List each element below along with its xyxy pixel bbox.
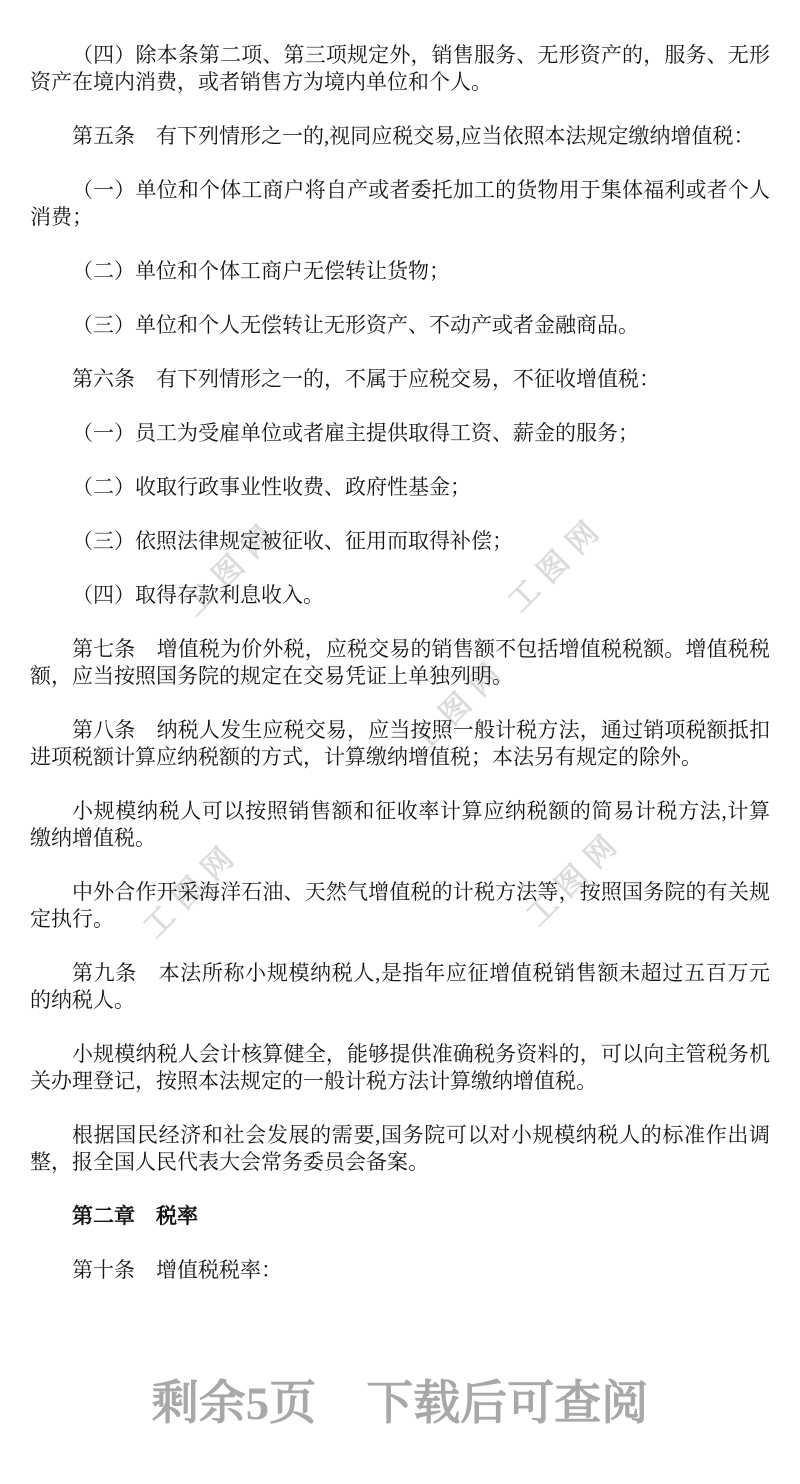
paragraph: 第七条 增值税为价外税，应税交易的销售额不包括增值税税额。增值税税额，应当按照国… [30, 636, 770, 690]
paragraph: 第九条 本法所称小规模纳税人,是指年应征增值税销售额未超过五百万元的纳税人。 [30, 960, 770, 1014]
paragraph: 根据国民经济和社会发展的需要,国务院可以对小规模纳税人的标准作出调整，报全国人民… [30, 1122, 770, 1176]
paragraph: （一）单位和个体工商户将自产或者委托加工的货物用于集体福利或者个人消费； [30, 177, 770, 231]
document-page: { "document": { "paragraphs": [ { "text"… [0, 0, 800, 1484]
document-body: （四）除本条第二项、第三项规定外，销售服务、无形资产的，服务、无形资产在境内消费… [0, 0, 800, 1284]
paragraph: （三）依照法律规定被征收、征用而取得补偿； [30, 528, 770, 555]
paragraph: （二）单位和个体工商户无偿转让货物； [30, 258, 770, 285]
paragraph: 小规模纳税人会计核算健全，能够提供准确税务资料的，可以向主管税务机关办理登记，按… [30, 1041, 770, 1095]
paragraph: （二）收取行政事业性收费、政府性基金； [30, 474, 770, 501]
paragraph: （四）取得存款利息收入。 [30, 582, 770, 609]
paragraph: 第五条 有下列情形之一的,视同应税交易,应当依照本法规定缴纳增值税： [30, 123, 770, 150]
paragraph: 第八条 纳税人发生应税交易，应当按照一般计税方法，通过销项税额抵扣进项税额计算应… [30, 717, 770, 771]
paragraph: 第六条 有下列情形之一的，不属于应税交易，不征收增值税： [30, 366, 770, 393]
preview-footer: 剩余5页下载后可查阅 [0, 1378, 800, 1430]
paragraph: （一）员工为受雇单位或者雇主提供取得工资、薪金的服务； [30, 420, 770, 447]
pages-remaining-label: 剩余5页 [152, 1378, 317, 1430]
paragraph: 第十条 增值税税率： [30, 1257, 770, 1284]
paragraph: 小规模纳税人可以按照销售额和征收率计算应纳税额的简易计税方法,计算缴纳增值税。 [30, 798, 770, 852]
paragraph: （三）单位和个人无偿转让无形资产、不动产或者金融商品。 [30, 312, 770, 339]
download-hint-label: 下载后可查阅 [366, 1378, 648, 1430]
paragraph: 中外合作开采海洋石油、天然气增值税的计税方法等，按照国务院的有关规定执行。 [30, 879, 770, 933]
paragraph: （四）除本条第二项、第三项规定外，销售服务、无形资产的，服务、无形资产在境内消费… [30, 42, 770, 96]
chapter-heading: 第二章 税率 [30, 1203, 770, 1230]
